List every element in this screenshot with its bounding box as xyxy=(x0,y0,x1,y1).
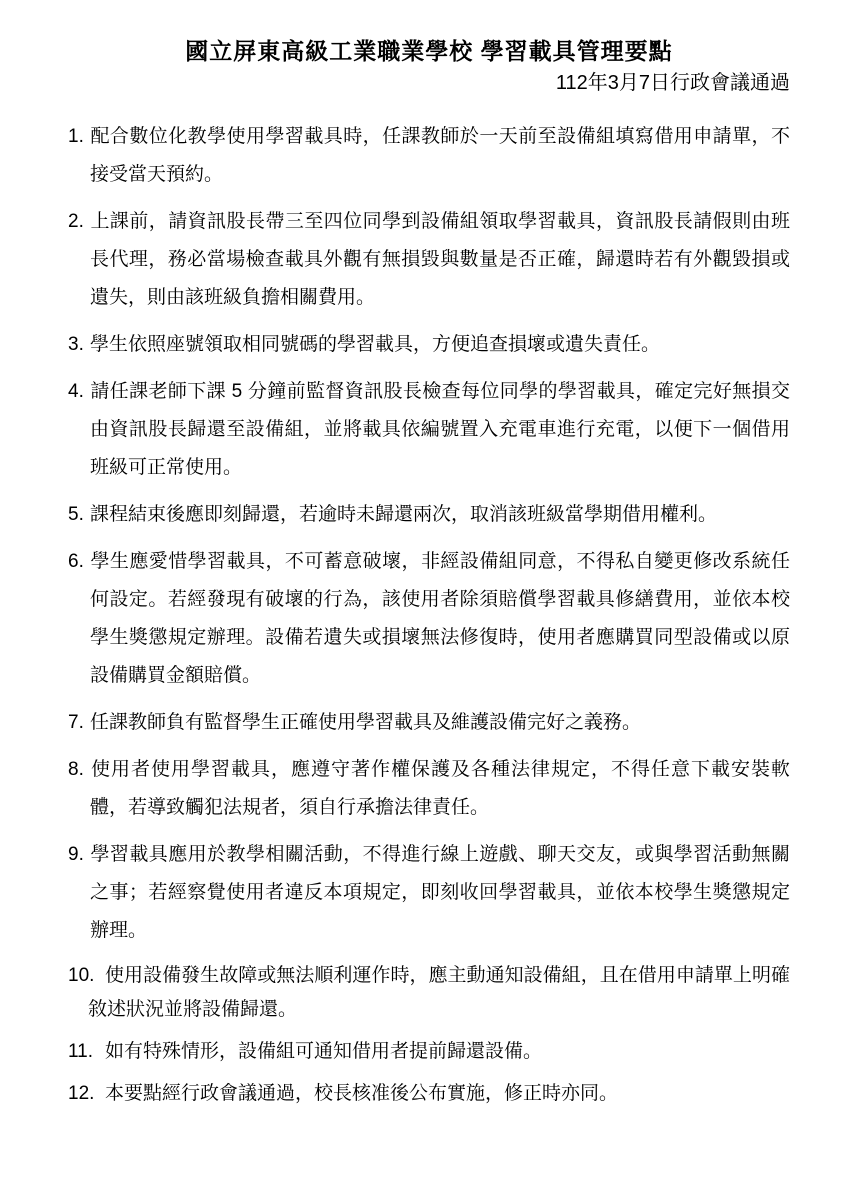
document-page: 國立屏東高級工業職業學校 學習載具管理要點 112年3月7日行政會議通過 1.配… xyxy=(0,0,849,1200)
rule-text: 任課教師負有監督學生正確使用學習載具及維護設備完好之義務。 xyxy=(90,712,641,733)
rule-item-8: 8.使用者使用學習載具，應遵守著作權保護及各種法律規定，不得任意下載安裝軟體，若… xyxy=(68,751,790,827)
rule-number: 6. xyxy=(68,543,90,581)
rule-number: 3. xyxy=(68,326,90,364)
rule-text: 請任課老師下課 5 分鐘前監督資訊股長檢查每位同學的學習載具，確定完好無損交由資… xyxy=(90,381,790,478)
rule-item-9: 9.學習載具應用於教學相關活動，不得進行線上遊戲、聊天交友，或與學習活動無關之事… xyxy=(68,836,790,950)
rule-text: 課程結束後應即刻歸還，若逾時未歸還兩次，取消該班級當學期借用權利。 xyxy=(90,504,717,525)
rule-item-1: 1.配合數位化教學使用學習載具時，任課教師於一天前至設備組填寫借用申請單，不接受… xyxy=(68,118,790,194)
rule-text: 學生依照座號領取相同號碼的學習載具，方便追查損壞或遺失責任。 xyxy=(90,334,660,355)
rule-item-11: 11.如有特殊情形，設備組可通知借用者提前歸還設備。 xyxy=(68,1035,790,1069)
rule-item-3: 3.學生依照座號領取相同號碼的學習載具，方便追查損壞或遺失責任。 xyxy=(68,326,790,364)
rule-text: 使用設備發生故障或無法順利運作時，應主動通知設備組，且在借用申請單上明確敘述狀況… xyxy=(88,965,790,1020)
rule-number: 1. xyxy=(68,118,90,156)
rule-number: 5. xyxy=(68,496,90,534)
rule-text: 如有特殊情形，設備組可通知借用者提前歸還設備。 xyxy=(105,1041,542,1062)
rule-item-4: 4.請任課老師下課 5 分鐘前監督資訊股長檢查每位同學的學習載具，確定完好無損交… xyxy=(68,373,790,487)
rule-text: 配合數位化教學使用學習載具時，任課教師於一天前至設備組填寫借用申請單，不接受當天… xyxy=(90,126,790,185)
approval-date-line: 112年3月7日行政會議通過 xyxy=(68,70,790,96)
rule-number: 10. xyxy=(68,959,105,993)
rule-number: 8. xyxy=(68,751,90,789)
rule-number: 4. xyxy=(68,373,90,411)
rule-number: 11. xyxy=(68,1035,105,1069)
rule-number: 2. xyxy=(68,203,90,241)
rule-text: 本要點經行政會議通過，校長核准後公布實施，修正時亦同。 xyxy=(105,1083,618,1104)
rule-text: 學習載具應用於教學相關活動，不得進行線上遊戲、聊天交友，或與學習活動無關之事；若… xyxy=(90,844,790,941)
rule-item-7: 7.任課教師負有監督學生正確使用學習載具及維護設備完好之義務。 xyxy=(68,704,790,742)
rule-item-6: 6.學生應愛惜學習載具，不可蓄意破壞，非經設備組同意，不得私自變更修改系統任何設… xyxy=(68,543,790,695)
rule-item-10: 10.使用設備發生故障或無法順利運作時，應主動通知設備組，且在借用申請單上明確敘… xyxy=(68,959,790,1027)
rule-number: 9. xyxy=(68,836,90,874)
document-title: 國立屏東高級工業職業學校 學習載具管理要點 xyxy=(68,36,790,66)
rule-number: 12. xyxy=(68,1077,105,1111)
rule-number: 7. xyxy=(68,704,90,742)
rule-text: 學生應愛惜學習載具，不可蓄意破壞，非經設備組同意，不得私自變更修改系統任何設定。… xyxy=(90,551,790,686)
rule-item-2: 2.上課前，請資訊股長帶三至四位同學到設備組領取學習載具，資訊股長請假則由班長代… xyxy=(68,203,790,317)
rule-item-12: 12.本要點經行政會議通過，校長核准後公布實施，修正時亦同。 xyxy=(68,1077,790,1111)
rule-text: 上課前，請資訊股長帶三至四位同學到設備組領取學習載具，資訊股長請假則由班長代理，… xyxy=(90,211,790,308)
rule-text: 使用者使用學習載具，應遵守著作權保護及各種法律規定，不得任意下載安裝軟體，若導致… xyxy=(90,759,790,818)
rules-list: 1.配合數位化教學使用學習載具時，任課教師於一天前至設備組填寫借用申請單，不接受… xyxy=(68,118,790,1111)
rule-item-5: 5.課程結束後應即刻歸還，若逾時未歸還兩次，取消該班級當學期借用權利。 xyxy=(68,496,790,534)
